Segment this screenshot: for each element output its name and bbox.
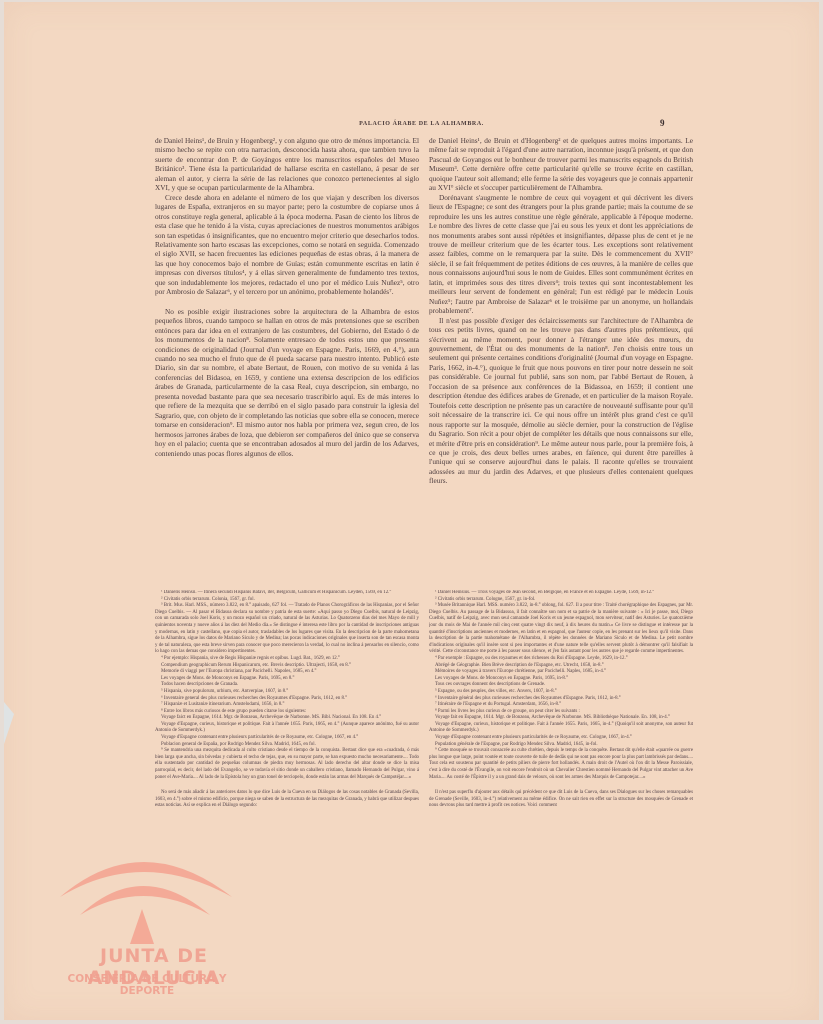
torn-edge [4, 702, 14, 744]
footnote: Mémoires de voyages à travers l'Europe c… [429, 669, 693, 676]
footnote: ⁵ Espagne, ou des peuples, des villes, e… [429, 689, 693, 696]
spanish-text-column: de Daniel Heins¹, de Bruin y Hogenberg²,… [155, 136, 419, 576]
paragraph: de Daniel Heins¹, de Bruin y Hogenberg²,… [155, 136, 419, 193]
paragraph: Dorénavant s'augmente le nombre de ceux … [429, 193, 693, 316]
paragraph: Crece desde ahora en adelante el número … [155, 193, 419, 297]
scanned-page: PALACIO ÁRABE DE LA ALHAMBRA. 9 de Danie… [4, 2, 819, 1020]
footnote: Voyage d'Espagne contenant entre plusieu… [155, 735, 419, 742]
footnote: Voyage d'Espagne, curieux, historique et… [429, 722, 693, 735]
watermark-subtitle: CONSEJERÍA DE CULTURA Y DEPORTE [42, 973, 252, 997]
footnote: ⁷ Itinéraire de l'Espagne et du Portugal… [429, 702, 693, 709]
footnote: ³ Brit. Mus. Harl. MSS., número 3.822, e… [155, 603, 419, 656]
paragraph: de Daniel Heins¹, de Bruin et d'Hogenber… [429, 136, 693, 193]
footnote: Todos hacen descripciones de Granada. [155, 682, 419, 689]
footnote: ⁸ Parmi les livres les plus curieux de c… [429, 709, 693, 716]
footnote: Memorie di viaggi per l'Europa christian… [155, 669, 419, 676]
footnote: ⁸ Entre los libros más curiosos de este … [155, 709, 419, 716]
running-head: PALACIO ÁRABE DE LA ALHAMBRA. [154, 121, 689, 127]
footnote: Il n'est pas superflu d'ajouter aux déta… [429, 790, 693, 810]
footnote: Tous ces ouvrages donnent des descriptio… [429, 682, 693, 689]
spanish-footnotes: ¹ Danielis Heinsii. — Itinera secundi Hi… [155, 590, 419, 870]
footnote: Abrégé de Géographie. Bien Brève descrip… [429, 663, 693, 670]
footnote: ⁹ Cette mosquée se trouvait consacrée au… [429, 748, 693, 781]
footnote: ⁴ Par exemple : Espagne, ou des royaumes… [429, 656, 693, 663]
french-text-column: de Daniel Heins¹, de Bruin et d'Hogenber… [429, 136, 693, 576]
footnote: Compendium geographicum Rerum Hispanicar… [155, 663, 419, 670]
footnote: ³ Musée Britannique Harl. MSS. numéro 3.… [429, 603, 693, 656]
footnote: Voyage faict en Espagne, 1614. Mgr. de B… [155, 715, 419, 722]
paragraph: No es posible exigir ilustraciones sobre… [155, 307, 419, 458]
french-footnotes: ¹ Daniel Heinsius. — Trois voyages de Je… [429, 590, 693, 870]
footnote: Voyage fait en Espagne, 1614. Mgr. de Bo… [429, 715, 693, 722]
page-number: 9 [660, 118, 665, 128]
footnote: ⁹ Se mantendria una mezquita dedicada al… [155, 748, 419, 781]
footnote: ¹ Danielis Heinsii. — Itinera secundi Hi… [155, 590, 419, 597]
footnote: ⁴ Por ejemplo: Hispania, sive de Regis H… [155, 656, 419, 663]
footnote: No será de más añadir á las anteriores d… [155, 790, 419, 810]
footnote: ⁷ Hispaniæ et Lusitaniæ itinerarium. Ams… [155, 702, 419, 709]
paragraph: Il n'est pas possible d'exiger des éclai… [429, 316, 693, 486]
footnote: Les voyages de Mons. de Monconys en Espa… [429, 676, 693, 683]
footnote: Voyage d'Espagne, curieux, historique et… [155, 722, 419, 735]
watermark-title: JUNTA DE ANDALUCIA [54, 945, 254, 989]
footnote: ¹ Daniel Heinsius. — Trois voyages de Je… [429, 590, 693, 597]
footnote: Les voyages de Mons. de Monconys en Espa… [155, 676, 419, 683]
footnote: ⁵ Hispania, sive populorum, urbium, etc.… [155, 689, 419, 696]
footnote: Voyage d'Espagne contenant entre plusieu… [429, 735, 693, 742]
